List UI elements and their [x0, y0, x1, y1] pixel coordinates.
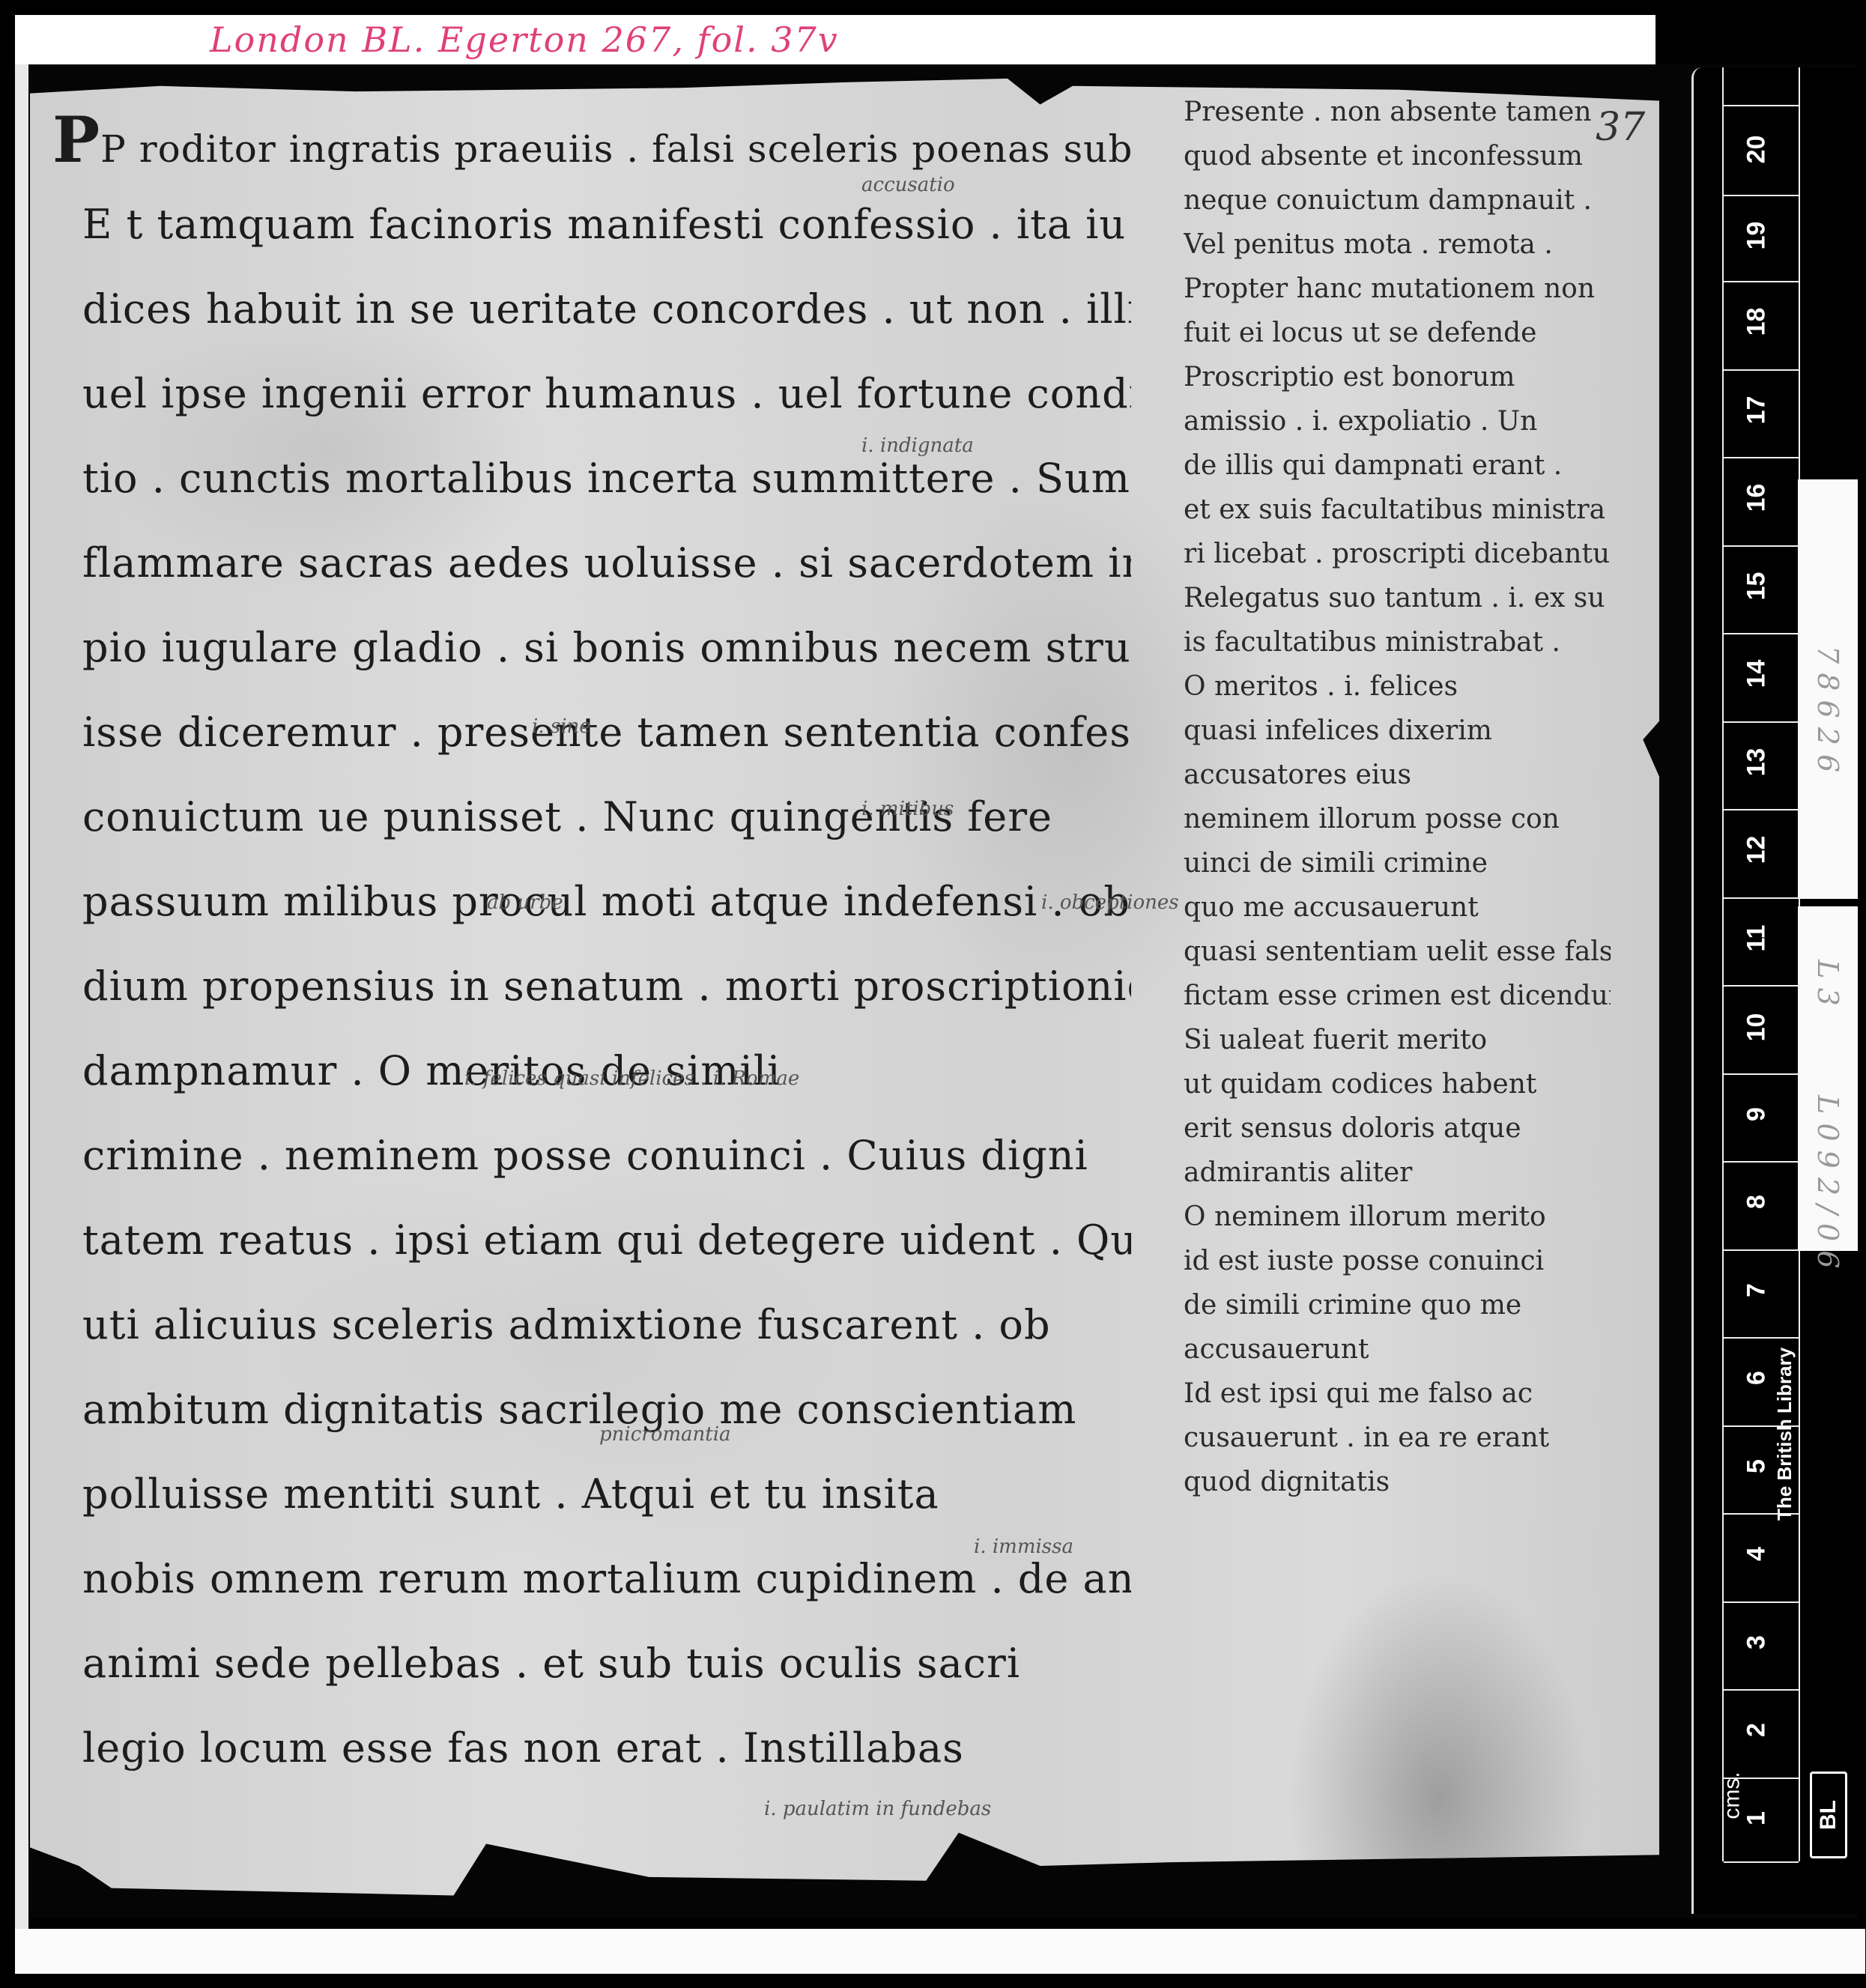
commentary-line: accusauerunt: [1184, 1327, 1611, 1372]
commentary-line: quo me accusauerunt: [1184, 885, 1611, 930]
text-line: flammare sacras aedes uoluisse . si sace…: [52, 521, 1131, 605]
commentary-line: de simili crimine quo me: [1184, 1283, 1611, 1327]
ruler-tick: [1724, 1861, 1799, 1863]
shelfmark-label-strip: London BL. Egerton 267, fol. 37v: [15, 15, 1656, 64]
commentary-line: Vel penitus mota . remota .: [1184, 222, 1611, 267]
ruler-tick-label: 16: [1742, 476, 1772, 521]
british-library-brand: The British Library: [1773, 1221, 1796, 1521]
text-line: isse diceremur . presente tamen sententi…: [52, 690, 1131, 775]
commentary-line: Propter hanc mutationem non: [1184, 267, 1611, 311]
commentary-line: fuit ei locus ut se defende: [1184, 311, 1611, 355]
ruler-tick-label: 5: [1742, 1444, 1772, 1489]
commentary-line: id est iuste posse conuinci: [1184, 1239, 1611, 1283]
ruler-tick-label: 20: [1742, 127, 1772, 172]
ruler-tick-label: 4: [1742, 1532, 1772, 1577]
ruler-tick: [1724, 1161, 1799, 1163]
text-line: E t tamquam facinoris manifesti confessi…: [52, 182, 1131, 267]
text-line: conuictum ue punisset . Nunc quingentis …: [52, 775, 1131, 859]
commentary-line: amissio . i. expoliatio . Un: [1184, 399, 1611, 443]
text-line: uel ipse ingenii error humanus . uel for…: [52, 351, 1131, 436]
ruler-tick-label: 15: [1742, 564, 1772, 609]
commentary-line: accusatores eius: [1184, 753, 1611, 797]
reference-label-middle: L 3: [1798, 906, 1858, 1026]
interlinear-gloss: pnicromantia: [599, 1423, 731, 1446]
text-line: uti alicuius sceleris admixtione fuscare…: [52, 1282, 1131, 1367]
ruler-tick-label: 12: [1742, 828, 1772, 873]
commentary-line: neque conuictum dampnauit .: [1184, 178, 1611, 222]
commentary-line: erit sensus doloris atque: [1184, 1106, 1611, 1151]
commentary-line: et ex suis facultatibus ministra: [1184, 488, 1611, 532]
commentary-line: Si ualeat fuerit merito: [1184, 1018, 1611, 1062]
left-edge-strip: [15, 64, 28, 1930]
text-line: animi sede pellebas . et sub tuis oculis…: [52, 1621, 1131, 1706]
right-commentary-column: Presente . non absente tamen quod absent…: [1184, 90, 1611, 1504]
text-line: tatem reatus . ipsi etiam qui detegere u…: [52, 1198, 1131, 1282]
commentary-line: ut quidam codices habent: [1184, 1062, 1611, 1106]
ruler-scale: 20 19 18 17 16 15 14 13 12 11 10 9 8 7 6…: [1722, 67, 1800, 1861]
commentary-line: cusauerunt . in ea re erant: [1184, 1416, 1611, 1460]
ruler-tick: [1724, 721, 1799, 723]
interlinear-gloss: i. immissa: [974, 1536, 1073, 1558]
interlinear-gloss: i. felices quasi infelices . i. Romae: [464, 1067, 799, 1090]
ruler-tick-label: 3: [1742, 1620, 1772, 1665]
ruler-tick: [1724, 105, 1799, 106]
commentary-line: quod absente et inconfessum: [1184, 134, 1611, 178]
left-text-column: PP roditor ingratis praeuiis . falsi sce…: [52, 97, 1131, 1790]
ruler-tick: [1724, 281, 1799, 282]
ruler-tick-label: 14: [1742, 652, 1772, 697]
text-line: passuum milibus procul moti atque indefe…: [52, 859, 1131, 944]
shelfmark-handwritten-note: London BL. Egerton 267, fol. 37v: [210, 19, 839, 60]
interlinear-gloss: ab urbe: [487, 891, 563, 914]
commentary-line: Id est ipsi qui me falso ac: [1184, 1372, 1611, 1416]
interlinear-gloss: accusatio: [861, 174, 955, 196]
ruler-tick: [1724, 369, 1799, 371]
ruler-tick-label: 18: [1742, 300, 1772, 345]
ruler-tick-label: 13: [1742, 740, 1772, 785]
ruler-tick: [1724, 195, 1799, 196]
decorated-initial-p: P: [52, 103, 100, 177]
commentary-line: Presente . non absente tamen: [1184, 90, 1611, 134]
interlinear-gloss: i. paulatim in fundebas: [764, 1798, 991, 1820]
commentary-line: Relegatus suo tantum . i. ex su: [1184, 576, 1611, 620]
ruler-tick-label: 10: [1742, 1005, 1772, 1050]
bottom-edge-strip: [15, 1929, 1865, 1974]
commentary-line: O meritos . i. felices: [1184, 664, 1611, 709]
ruler-tick: [1724, 1073, 1799, 1075]
commentary-line: uinci de simili crimine: [1184, 841, 1611, 885]
ruler-tick: [1724, 545, 1799, 547]
ruler-tick: [1724, 985, 1799, 987]
ruler-tick-label: 2: [1742, 1708, 1772, 1753]
commentary-line: de illis qui dampnati erant .: [1184, 443, 1611, 488]
commentary-line: admirantis aliter: [1184, 1151, 1611, 1195]
ruler-tick: [1724, 897, 1799, 899]
reference-label-lower: L 0 9 2 / 0 6: [1798, 1026, 1858, 1251]
ruler-tick-label: 8: [1742, 1180, 1772, 1225]
commentary-line: quod dignitatis: [1184, 1460, 1611, 1504]
text-line: polluisse mentiti sunt . Atqui et tu ins…: [52, 1452, 1131, 1536]
commentary-line: neminem illorum posse con: [1184, 797, 1611, 841]
ruler-tick-label: 9: [1742, 1092, 1772, 1137]
ruler-tick: [1724, 457, 1799, 458]
commentary-line: quasi sententiam uelit esse falsam: [1184, 930, 1611, 974]
ruler-tick-label: 7: [1742, 1268, 1772, 1313]
bl-logo-icon: BL: [1810, 1772, 1847, 1858]
text-line: PP roditor ingratis praeuiis . falsi sce…: [52, 97, 1131, 182]
text-line: dium propensius in senatum . morti prosc…: [52, 944, 1131, 1028]
commentary-line: ri licebat . proscripti dicebantur .: [1184, 532, 1611, 576]
commentary-line: quasi infelices dixerim: [1184, 709, 1611, 753]
reference-label-upper: 7 8 6 2 6: [1798, 479, 1858, 899]
ruler-tick-label: 1: [1742, 1796, 1772, 1841]
interlinear-gloss: i. indignata: [861, 434, 974, 457]
ruler-tick-label: 6: [1742, 1356, 1772, 1401]
text-line: crimine . neminem posse conuinci . Cuius…: [52, 1113, 1131, 1198]
interlinear-gloss: i. mitibus: [861, 798, 954, 820]
commentary-line: fictam esse crimen est dicendum: [1184, 974, 1611, 1018]
ruler-tick: [1724, 1689, 1799, 1691]
ruler-tick: [1724, 809, 1799, 810]
interlinear-gloss: i. sine: [532, 715, 591, 738]
text-line: ambitum dignitatis sacrilegio me conscie…: [52, 1367, 1131, 1452]
text-line: nobis omnem rerum mortalium cupidinem . …: [52, 1536, 1131, 1621]
text-line: pio iugulare gladio . si bonis omnibus n…: [52, 605, 1131, 690]
ruler-tick: [1724, 633, 1799, 634]
commentary-line: Proscriptio est bonorum: [1184, 355, 1611, 399]
commentary-line: is facultatibus ministrabat .: [1184, 620, 1611, 664]
ruler-tick: [1724, 1601, 1799, 1603]
ruler-unit-label: cms.: [1720, 1772, 1745, 1819]
ruler-tick-label: 11: [1742, 916, 1772, 961]
text-line: legio locum esse fas non erat . Instilla…: [52, 1706, 1131, 1790]
interlinear-gloss: i. obceptiones: [1041, 891, 1179, 914]
text-line: dices habuit in se ueritate concordes . …: [52, 267, 1131, 351]
commentary-line: O neminem illorum merito: [1184, 1195, 1611, 1239]
ruler-tick-label: 17: [1742, 388, 1772, 433]
ruler-tick-label: 19: [1742, 213, 1772, 258]
